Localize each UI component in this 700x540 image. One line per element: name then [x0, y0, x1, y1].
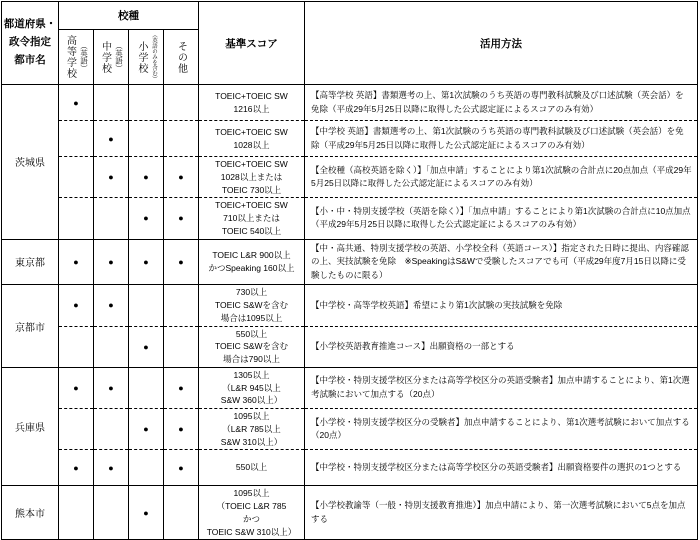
vertical-label-wrap: 中学校 （英語）	[95, 31, 127, 83]
marker-cell-junior: ●	[94, 157, 129, 198]
marker-cell-other	[164, 121, 199, 157]
marker-cell-other: ●	[164, 239, 199, 285]
toeic-criteria-table: 都道府県・ 政令指定 都市名 校種 基準スコア 活用方法 高等学校 （英語） 中…	[1, 1, 698, 540]
marker-cell-junior: ●	[94, 239, 129, 285]
score-cell: TOEIC+TOEIC SW 1028以上または TOEIC 730以上	[199, 157, 305, 198]
school-type-note: （英語）	[79, 42, 90, 72]
marker-cell-high: ●	[59, 239, 94, 285]
vertical-label-wrap: その他	[165, 31, 197, 83]
marker-cell-elementary: ●	[129, 486, 164, 540]
marker-cell-junior	[94, 486, 129, 540]
score-cell: 550以上 TOEIC S&Wを含む 場合は790以上	[199, 326, 305, 367]
marker-cell-elementary: ●	[129, 409, 164, 450]
table-row: 兵庫県 ● ● ● 1305以上 （L&R 945以上 S&W 360以上） 【…	[2, 367, 698, 408]
marker-cell-junior	[94, 198, 129, 239]
usage-cell: 【全校種（高校英語を除く）】「加点申請」することにより第1次試験の合計点に20点…	[305, 157, 698, 198]
table-row: ● ● ● 550以上 【中学校・特別支援学校区分または高等学校区分の英語受験者…	[2, 450, 698, 486]
table-row: ● ● ● TOEIC+TOEIC SW 1028以上または TOEIC 730…	[2, 157, 698, 198]
marker-cell-high: ●	[59, 85, 94, 121]
prefecture-name: 東京都	[2, 239, 59, 285]
marker-cell-junior: ●	[94, 121, 129, 157]
usage-cell: 【小学校教諭等（一般・特別支援教育推進）】加点申請により、第一次選考試験において…	[305, 486, 698, 540]
table-row: ● ● 1095以上 （L&R 785以上 S&W 310以上） 【小学校・特別…	[2, 409, 698, 450]
prefecture-name: 兵庫県	[2, 367, 59, 486]
table-row: ● ● TOEIC+TOEIC SW 710以上または TOEIC 540以上 …	[2, 198, 698, 239]
marker-cell-high	[59, 409, 94, 450]
school-type-header-elementary: 小学校 （英語のみを含む）	[129, 30, 164, 85]
score-cell: TOEIC+TOEIC SW 1028以上	[199, 121, 305, 157]
usage-cell: 【中学校・特別支援学校区分または高等学校区分の英語受験者】出願資格要件の選択の1…	[305, 450, 698, 486]
prefecture-name: 茨城県	[2, 85, 59, 240]
marker-cell-elementary: ●	[129, 157, 164, 198]
marker-cell-other: ●	[164, 450, 199, 486]
marker-cell-high	[59, 121, 94, 157]
marker-cell-high	[59, 486, 94, 540]
table-row: ● 550以上 TOEIC S&Wを含む 場合は790以上 【小学校英語教育推進…	[2, 326, 698, 367]
prefecture-name: 熊本市	[2, 486, 59, 540]
marker-cell-junior	[94, 409, 129, 450]
score-cell: 1095以上 （TOEIC L&R 785 かつ TOEIC S&W 310以上…	[199, 486, 305, 540]
usage-cell: 【中学校・特別支援学校区分または高等学校区分の英語受験者】加点申請することにより…	[305, 367, 698, 408]
usage-cell: 【小・中・特別支援学校（英語を除く）】「加点申請」することにより第1次試験の合計…	[305, 198, 698, 239]
prefecture-name: 京都市	[2, 285, 59, 368]
school-type-group-header: 校種	[59, 2, 199, 30]
marker-cell-other	[164, 486, 199, 540]
score-cell: 1305以上 （L&R 945以上 S&W 360以上）	[199, 367, 305, 408]
marker-cell-other	[164, 326, 199, 367]
table-row: 熊本市 ● 1095以上 （TOEIC L&R 785 かつ TOEIC S&W…	[2, 486, 698, 540]
marker-cell-other: ●	[164, 157, 199, 198]
school-type-label: 高等学校	[63, 35, 78, 79]
usage-cell: 【中・高共通、特別支援学校の英語、小学校全科（英語コース）】指定された日時に提出…	[305, 239, 698, 285]
school-type-label: 小学校	[134, 41, 149, 74]
table-row: 茨城県 ● TOEIC+TOEIC SW 1216以上 【高等学校 英語】書類選…	[2, 85, 698, 121]
score-cell: 1095以上 （L&R 785以上 S&W 310以上）	[199, 409, 305, 450]
usage-cell: 【高等学校 英語】書類選考の上、第1次試験のうち英語の専門教科試験及び口述試験（…	[305, 85, 698, 121]
marker-cell-high	[59, 198, 94, 239]
usage-cell: 【中学校 英語】書類選考の上、第1次試験のうち英語の専門教科試験及び口述試験（英…	[305, 121, 698, 157]
table-row: 京都市 ● ● 730以上 TOEIC S&Wを含む 場合は1095以上 【中学…	[2, 285, 698, 326]
score-cell: TOEIC L&R 900以上 かつSpeaking 160以上	[199, 239, 305, 285]
marker-cell-high	[59, 326, 94, 367]
marker-cell-other	[164, 85, 199, 121]
marker-cell-elementary: ●	[129, 239, 164, 285]
usage-cell: 【小学校英語教育推進コース】出願資格の一部とする	[305, 326, 698, 367]
marker-cell-other: ●	[164, 367, 199, 408]
marker-cell-high: ●	[59, 367, 94, 408]
marker-cell-other: ●	[164, 198, 199, 239]
marker-cell-other	[164, 285, 199, 326]
school-type-label: 中学校	[98, 41, 113, 74]
school-type-label: その他	[174, 41, 189, 74]
marker-cell-high: ●	[59, 450, 94, 486]
marker-cell-junior: ●	[94, 285, 129, 326]
marker-cell-junior	[94, 85, 129, 121]
score-cell: TOEIC+TOEIC SW 1216以上	[199, 85, 305, 121]
usage-cell: 【中学校・高等学校英語】希望により第1次試験の実技試験を免除	[305, 285, 698, 326]
marker-cell-junior: ●	[94, 450, 129, 486]
marker-cell-elementary: ●	[129, 326, 164, 367]
table-row: ● TOEIC+TOEIC SW 1028以上 【中学校 英語】書類選考の上、第…	[2, 121, 698, 157]
usage-column-header: 活用方法	[305, 2, 698, 85]
marker-cell-elementary	[129, 85, 164, 121]
school-type-header-other: その他	[164, 30, 199, 85]
marker-cell-elementary	[129, 450, 164, 486]
score-cell: 730以上 TOEIC S&Wを含む 場合は1095以上	[199, 285, 305, 326]
score-cell: 550以上	[199, 450, 305, 486]
region-column-header: 都道府県・ 政令指定 都市名	[2, 2, 59, 85]
marker-cell-elementary	[129, 121, 164, 157]
marker-cell-high: ●	[59, 285, 94, 326]
score-cell: TOEIC+TOEIC SW 710以上または TOEIC 540以上	[199, 198, 305, 239]
header-row-1: 都道府県・ 政令指定 都市名 校種 基準スコア 活用方法	[2, 2, 698, 30]
marker-cell-elementary	[129, 285, 164, 326]
table-row: 東京都 ● ● ● ● TOEIC L&R 900以上 かつSpeaking 1…	[2, 239, 698, 285]
school-type-note: （英語のみを含む）	[150, 32, 158, 82]
marker-cell-high	[59, 157, 94, 198]
marker-cell-other: ●	[164, 409, 199, 450]
usage-cell: 【小学校・特別支援学校区分の受験者】加点申請することにより、第1次選考試験におい…	[305, 409, 698, 450]
school-type-header-junior: 中学校 （英語）	[94, 30, 129, 85]
school-type-note: （英語）	[114, 42, 125, 72]
marker-cell-junior	[94, 326, 129, 367]
vertical-label-wrap: 小学校 （英語のみを含む）	[130, 31, 162, 83]
vertical-label-wrap: 高等学校 （英語）	[60, 31, 92, 83]
marker-cell-junior: ●	[94, 367, 129, 408]
score-column-header: 基準スコア	[199, 2, 305, 85]
marker-cell-elementary: ●	[129, 198, 164, 239]
marker-cell-elementary	[129, 367, 164, 408]
school-type-header-high: 高等学校 （英語）	[59, 30, 94, 85]
